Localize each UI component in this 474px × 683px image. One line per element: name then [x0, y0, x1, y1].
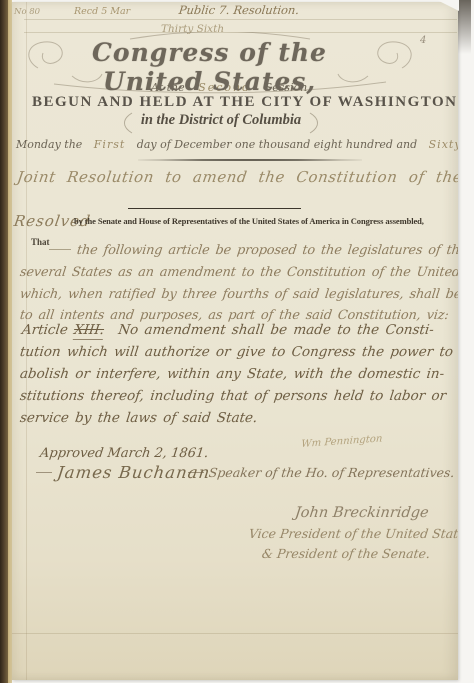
vice-president-title-line: Vice President of the United States, — [248, 526, 458, 541]
that-word: That — [31, 237, 50, 247]
fold-crease-horizontal — [12, 633, 458, 634]
page-corner-notch — [437, 0, 459, 11]
article-line: Article XIII. No amendment shall be made… — [21, 322, 435, 338]
date-prefix: Monday the — [16, 138, 82, 151]
vice-president-title-line: & President of the Senate. — [261, 546, 431, 561]
body-line: the following article be proposed to the… — [76, 243, 458, 258]
article-line: service by the laws of said State. — [19, 410, 258, 426]
pen-dash — [36, 472, 52, 473]
speaker-title: Speaker of the Ho. of Representatives. — [208, 465, 455, 480]
enacting-clause: by the Senate and House of Representativ… — [74, 216, 446, 226]
book-binding-edge — [0, 0, 8, 683]
classification-annotation: Public 7. Resolution. — [178, 3, 300, 17]
article-line: stitutions thereof, including that of pe… — [19, 388, 447, 404]
received-annotation: Recd 5 Mar — [74, 6, 130, 17]
begun-held-line: BEGUN AND HELD AT THE CITY OF WASHINGTON — [32, 94, 412, 111]
article-line: tution which will authorize or give to C… — [19, 344, 454, 360]
document-page: No 80 Recd 5 Mar Public 7. Resolution. T… — [12, 2, 458, 680]
pen-dash — [49, 249, 71, 250]
article-line: abolish or interfere, within any State, … — [19, 366, 445, 382]
document-scan: { "document": { "annotations": { "doc_nu… — [0, 0, 474, 683]
article-text: No amendment shall be made to the Consti… — [117, 322, 434, 338]
article-word: Article — [21, 322, 69, 338]
date-middle: day of December one thousand eight hundr… — [137, 138, 417, 151]
section-rule — [128, 208, 301, 209]
district-columbia-line: in the District of Columbia — [40, 112, 402, 129]
congress-title: Congress of the United States, — [37, 38, 382, 96]
scan-edge-artifact — [458, 0, 471, 54]
body-line: which, when ratified by three fourths of… — [19, 287, 458, 302]
page-number-mark: 4 — [420, 35, 426, 46]
vice-president-signature: John Breckinridge — [294, 505, 430, 521]
body-line: to all intents and purposes, as part of … — [19, 308, 450, 323]
date-day-handwritten: First — [94, 138, 125, 151]
approval-line: Approved March 2, 1861. — [39, 446, 209, 461]
header-rule-line — [24, 19, 457, 20]
date-year-handwritten: Sixty. — [429, 138, 458, 151]
doc-number-annotation: No 80 — [14, 7, 40, 17]
pen-dash — [188, 472, 204, 473]
date-line: Monday the First day of December one tho… — [16, 138, 458, 151]
fold-crease-vertical — [26, 2, 27, 680]
speaker-signature: Wm Pennington — [301, 433, 383, 450]
article-number: XIII. — [73, 322, 105, 340]
body-line: several States as an amendment to the Co… — [19, 265, 458, 280]
tapered-divider — [138, 159, 362, 161]
joint-resolution-title: Joint Resolution to amend the Constituti… — [16, 168, 458, 186]
